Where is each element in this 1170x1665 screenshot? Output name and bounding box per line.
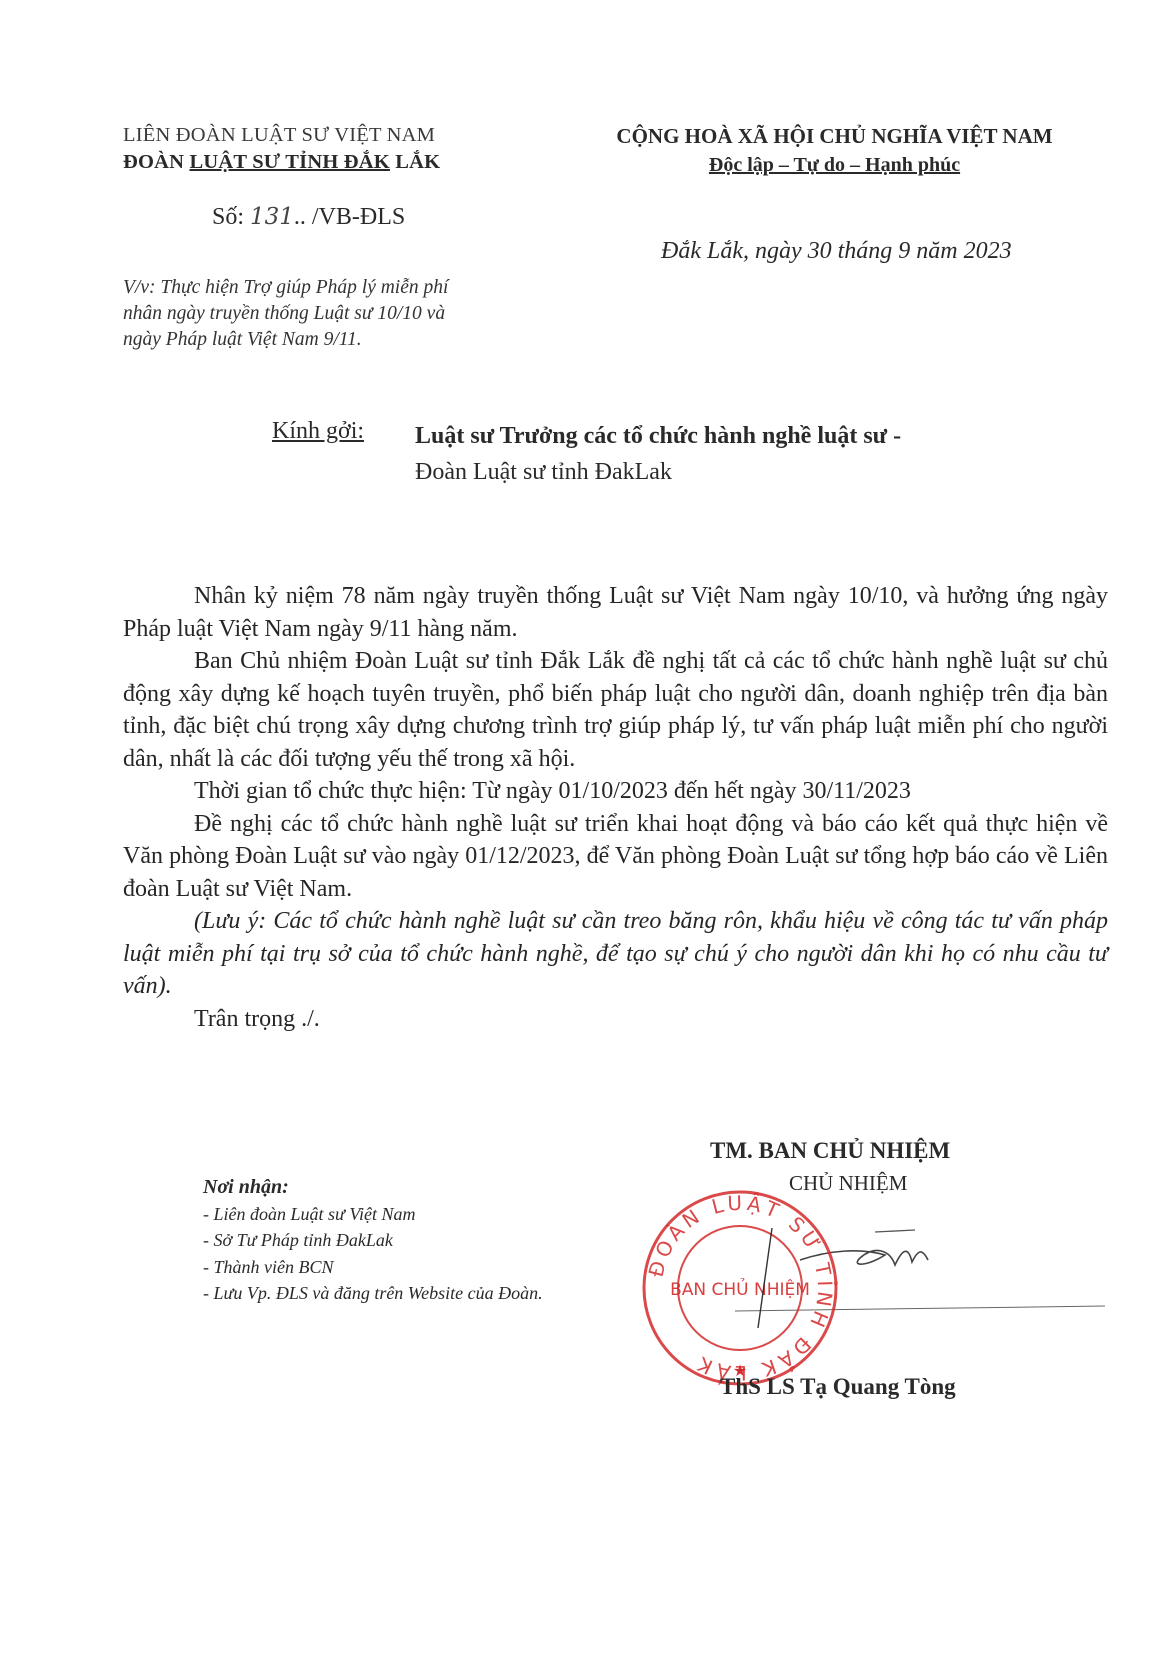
parent-organization: LIÊN ĐOÀN LUẬT SƯ VIỆT NAM: [123, 122, 440, 149]
signature-on-behalf: TM. BAN CHỦ NHIỆM: [710, 1138, 950, 1164]
handwritten-number: 131: [250, 204, 294, 230]
paragraph: Thời gian tổ chức thực hiện: Từ ngày 01/…: [123, 775, 1108, 808]
national-header: CỘNG HOÀ XÃ HỘI CHỦ NGHĨA VIỆT NAM Độc l…: [562, 122, 1107, 180]
letter-body: Nhân kỷ niệm 78 năm ngày truyền thống Lu…: [123, 580, 1108, 1035]
paragraph: Đề nghị các tổ chức hành nghề luật sư tr…: [123, 808, 1108, 906]
national-motto: Độc lập – Tự do – Hạnh phúc: [562, 151, 1107, 180]
country-name: CỘNG HOÀ XÃ HỘI CHỦ NGHĨA VIỆT NAM: [562, 122, 1107, 151]
closing: Trân trọng ./.: [123, 1003, 1108, 1036]
official-seal-icon: ĐOÀN LUẬT SƯ TỈNH ĐẮK LẮK BAN CHỦ NHIỆM …: [640, 1188, 840, 1388]
note-paragraph: (Lưu ý: Các tổ chức hành nghề luật sư cầ…: [123, 905, 1108, 1003]
document-number: Số: 131.. /VB-ĐLS: [212, 204, 405, 231]
place-and-date: Đắk Lắk, ngày 30 tháng 9 năm 2023: [661, 238, 1012, 265]
addressee-label: Kính gởi:: [272, 418, 364, 445]
svg-text:BAN CHỦ NHIỆM: BAN CHỦ NHIỆM: [670, 1277, 810, 1300]
recipient: - Lưu Vp. ĐLS và đăng trên Website của Đ…: [203, 1280, 543, 1307]
recipient: - Thành viên BCN: [203, 1254, 543, 1281]
subject: V/v: Thực hiện Trợ giúp Pháp lý miễn phí…: [123, 275, 448, 353]
addressee: Luật sư Trưởng các tổ chức hành nghề luậ…: [415, 418, 901, 490]
recipients-title: Nơi nhận:: [203, 1174, 543, 1201]
recipients-list: Nơi nhận: - Liên đoàn Luật sư Việt Nam -…: [203, 1174, 543, 1307]
signer-name: ThS LS Tạ Quang Tòng: [720, 1374, 956, 1400]
organization-name: ĐOÀN LUẬT SƯ TỈNH ĐẮK LẮK: [123, 149, 440, 176]
recipient: - Sở Tư Pháp tỉnh ĐakLak: [203, 1227, 543, 1254]
recipient: - Liên đoàn Luật sư Việt Nam: [203, 1201, 543, 1228]
paragraph: Nhân kỷ niệm 78 năm ngày truyền thống Lu…: [123, 580, 1108, 645]
issuing-organization: LIÊN ĐOÀN LUẬT SƯ VIỆT NAM ĐOÀN LUẬT SƯ …: [123, 122, 440, 176]
paragraph: Ban Chủ nhiệm Đoàn Luật sư tỉnh Đắk Lắk …: [123, 645, 1108, 775]
